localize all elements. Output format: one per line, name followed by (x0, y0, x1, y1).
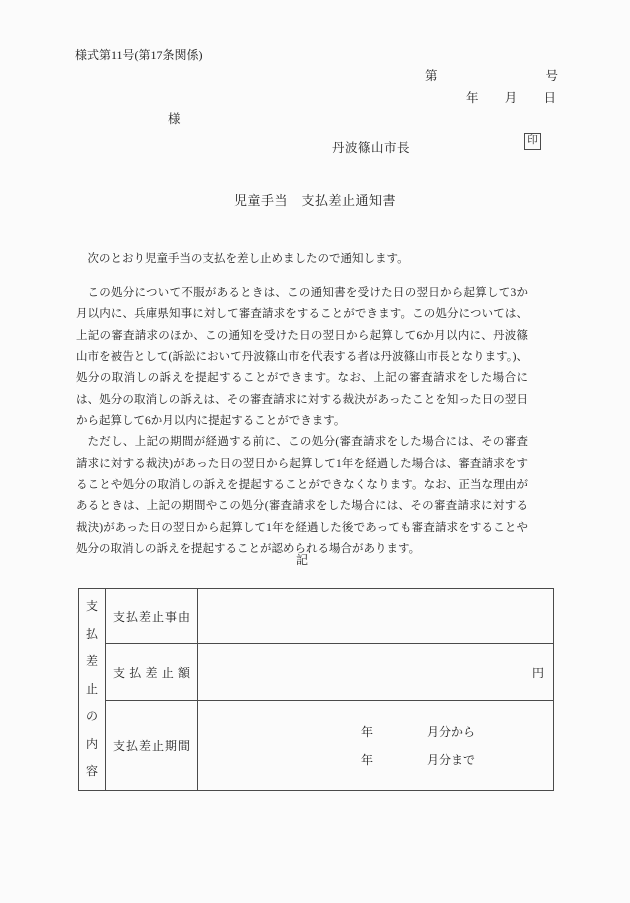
notice-document-page: 様式第11号(第17条関係) 第 号 年 月 日 様 丹波篠山市長 印 児童手当… (0, 0, 630, 903)
suspension-detail-table: 支払差止の内容 支払差止事由 支払差止額 円 支払差止期間 年 月分から 年 月… (78, 588, 554, 791)
period-from-suffix: 月分から (427, 723, 475, 740)
form-number-label: 様式第11号(第17条関係) (75, 46, 203, 63)
period-from-year-label: 年 (361, 723, 373, 740)
yen-unit-label: 円 (532, 664, 544, 681)
period-to-line: 年 月分まで (361, 751, 553, 768)
row-label-suspension-reason: 支払差止事由 (106, 589, 198, 644)
appeal-notice-text: この処分について不服があるときは、この通知書を受けた日の翌日から起算して3か月以… (76, 283, 528, 560)
appeal-paragraph-1: この処分について不服があるときは、この通知書を受けた日の翌日から起算して3か月以… (76, 283, 528, 432)
date-year-label: 年 (466, 88, 479, 106)
suspension-amount-field: 円 (198, 644, 553, 701)
suspension-reason-field (198, 589, 553, 644)
document-title: 児童手当 支払差止通知書 (0, 190, 630, 209)
record-marker: 記 (76, 551, 528, 568)
date-day-label: 日 (543, 88, 556, 106)
suspension-period-field: 年 月分から 年 月分まで (198, 701, 553, 790)
period-from-line: 年 月分から (361, 723, 553, 740)
period-to-suffix: 月分まで (427, 751, 475, 768)
period-to-year-label: 年 (361, 751, 373, 768)
appeal-paragraph-2: ただし、上記の期間が経過する前に、この処分(審査請求をした場合には、その審査請求… (76, 432, 528, 560)
table-side-header: 支払差止の内容 (79, 589, 106, 790)
row-label-suspension-reason-text: 支払差止事由 (113, 608, 190, 625)
row-label-suspension-amount: 支払差止額 (106, 644, 198, 701)
date-month-label: 月 (505, 88, 518, 106)
doc-number-line: 第 号 (425, 66, 558, 84)
intro-sentence: 次のとおり児童手当の支払を差し止めましたので通知します。 (76, 250, 536, 266)
table-side-header-label: 支払差止の内容 (86, 593, 99, 786)
addressee-honorific: 様 (168, 109, 181, 127)
seal-placeholder: 印 (524, 133, 541, 150)
row-label-suspension-period-text: 支払差止期間 (113, 737, 190, 754)
date-line: 年 月 日 (466, 88, 556, 106)
row-label-suspension-period: 支払差止期間 (106, 701, 198, 790)
doc-number-suffix: 号 (545, 66, 558, 84)
doc-number-prefix: 第 (425, 66, 438, 84)
row-label-suspension-amount-text: 支払差止額 (113, 664, 190, 681)
issuer-name: 丹波篠山市長 (332, 138, 410, 156)
